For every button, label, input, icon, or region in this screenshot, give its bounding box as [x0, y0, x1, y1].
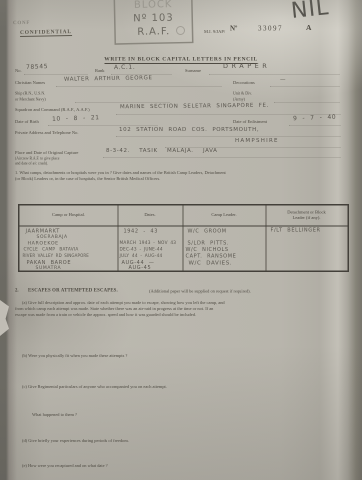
- dates-cell: MARCH 1943 - NOV 43: [120, 241, 177, 246]
- rule: [209, 74, 340, 75]
- question1-line1: 1. What camps, detachments or hospitals …: [15, 170, 347, 175]
- leader-cell: CAPT. RANSOME: [186, 254, 237, 260]
- field-address-value-2: HAMPSHIRE: [235, 137, 279, 144]
- question2a-line2: from which camp each attempt was made. S…: [15, 306, 347, 311]
- field-address-value-1: 102 STATION ROAD COS. PORTSMOUTH,: [119, 126, 259, 133]
- col-header-leader: Camp Leader.: [183, 212, 266, 218]
- stamp-mark: [176, 26, 185, 35]
- field-capture-label-2: (Aircrew R.A.F. to give place: [15, 156, 59, 161]
- field-unit-label-1: Unit & Div.: [233, 91, 252, 96]
- col-header-block-2: Leader (if any).: [266, 215, 348, 221]
- field-capture-value: 8-3-42. TASIK MALAJA. JAVA: [106, 147, 217, 154]
- col-header-camp: Camp or Hospital.: [20, 212, 118, 218]
- col-header-dates: Dates.: [118, 212, 183, 218]
- field-squadron-value: MARINE SECTION SELETAR SINGAPORE FE.: [120, 102, 269, 110]
- field-no-label: No.: [15, 68, 22, 73]
- camp-cell-2: SUMATRA: [36, 266, 62, 271]
- table-header-rule: [20, 226, 348, 227]
- field-enlist-label: Date of Enlistment: [233, 119, 267, 124]
- camps-table: Camp or Hospital. Dates. Camp Leader. De…: [18, 204, 349, 272]
- nil-annotation: NIL: [290, 0, 331, 23]
- dates-cell: JULY 44 - AUG-44: [120, 254, 163, 259]
- case-suffix: A: [306, 24, 311, 33]
- paper-tear: [0, 300, 9, 336]
- field-christian-label: Christian Names: [15, 80, 45, 85]
- rule: [116, 136, 341, 137]
- rule: [274, 102, 340, 103]
- form-title-wrap: WRITE IN BLOCK CAPITAL LETTERS IN PENCIL: [0, 54, 362, 64]
- question2c-followup: What happened to them ?: [32, 412, 77, 417]
- field-rank-value: A.C.1.: [114, 63, 135, 70]
- mi-reference: M.I. 9/JAP/: [204, 29, 225, 34]
- field-rank-label: Rank: [95, 68, 105, 73]
- rule: [56, 86, 222, 87]
- dates-cell: 1942 - 43: [124, 229, 158, 235]
- camp-cell: CYCLE CAMP BATAVIA: [24, 247, 79, 252]
- field-surname-label: Surname: [185, 68, 201, 73]
- field-capture-label-1: Place and Date of Original Capture: [15, 150, 78, 155]
- field-surname-value: DRAPER: [223, 63, 270, 71]
- camp-cell: JAARMARKT: [26, 229, 60, 235]
- leader-cell: W/C NICHOLS: [186, 247, 229, 253]
- no-symbol: Nº: [230, 25, 237, 33]
- question2e: (e) How were you recaptured and on what …: [22, 463, 108, 468]
- rule: [270, 86, 340, 87]
- field-decorations-label: Decorations: [233, 80, 255, 85]
- block-stamp: BLOCK Nº 103 R.A.F.: [113, 0, 193, 45]
- question2-note: (Additional paper will be supplied on re…: [149, 289, 251, 294]
- field-no-value: 78545: [26, 63, 48, 71]
- field-decorations-value: —: [280, 76, 286, 83]
- dates-cell-2: AUG-45: [129, 265, 152, 271]
- field-ship-label-2: or Merchant Navy): [15, 97, 46, 102]
- field-capture-label-3: and date of a/c crash).: [15, 161, 48, 166]
- stamp-line-block: BLOCK: [115, 0, 191, 12]
- leader-cell: S/LDR PITTS.: [188, 241, 230, 247]
- field-dob-label: Date of Birth: [15, 119, 39, 124]
- rule: [289, 125, 341, 126]
- field-squadron-label: Squadron and Command (R.A.F., A.A.F.): [15, 107, 90, 112]
- field-ship-label-1: Ship (R.N., U.S.N.: [15, 91, 45, 96]
- question2b: (b) Were you physically fit when you mad…: [22, 353, 127, 358]
- block-leader-cell: F/LT BELLINGER: [271, 228, 321, 234]
- field-address-label: Private Address and Telephone No.: [15, 130, 78, 135]
- camp-cell: HAROEKOE: [28, 241, 59, 247]
- question2-heading: ESCAPES OR ATTEMPTED ESCAPES.: [28, 288, 118, 293]
- dates-cell: DEC-43 - JUNE-44: [120, 247, 163, 252]
- field-dob-value: 10 - 8 - 21: [52, 114, 100, 123]
- camp-cell: RIVER VALLEY RD SINGAPORE: [23, 254, 89, 259]
- confidential-faint: CONF: [13, 20, 30, 26]
- field-christian-value: WALTER ARTHUR GEORGE: [64, 74, 153, 82]
- question2a-line1: (a) Give full description and approx. da…: [22, 300, 347, 305]
- question2a-line3: escape was made from a train or vehicle …: [15, 312, 347, 317]
- question1-line2: (or Block) Leaders or, in the case of ho…: [15, 176, 347, 181]
- leader-cell: W/C DAVIES.: [189, 260, 233, 267]
- field-enlist-value: 9 - 7 - 40: [293, 113, 336, 122]
- question2-number: 2.: [15, 288, 19, 293]
- document-page: CONF CONFIDENTIAL BLOCK Nº 103 R.A.F. M.…: [0, 0, 362, 480]
- confidential-marking: CONFIDENTIAL: [20, 29, 72, 37]
- camp-cell-2: SOERABAJA: [37, 235, 68, 240]
- field-unit-label-2: (Army): [233, 97, 245, 102]
- rule: [103, 157, 341, 158]
- question2c: (c) Give Regimental particulars of anyon…: [22, 384, 167, 389]
- case-number: 33097: [258, 25, 283, 33]
- leader-cell: W/C GROOM: [188, 229, 227, 235]
- question2d: (d) Give briefly your experiences during…: [22, 438, 129, 443]
